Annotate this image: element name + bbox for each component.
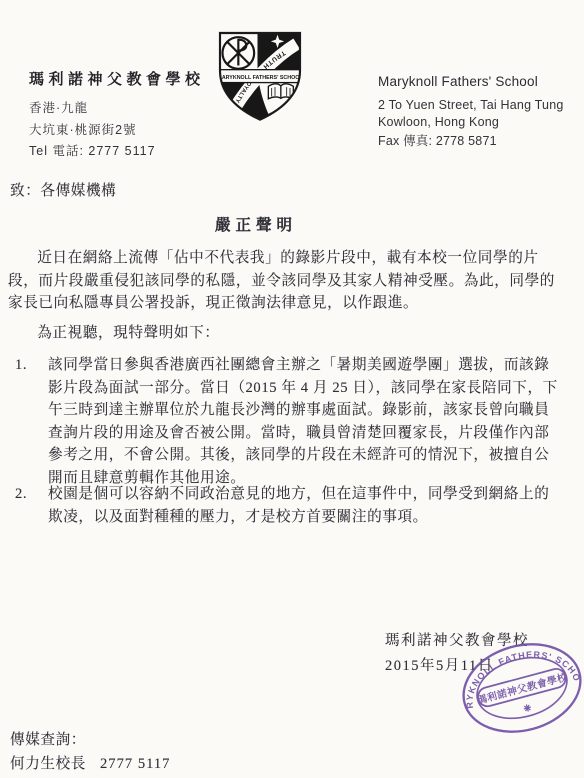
letter-title: 嚴正聲明: [0, 213, 512, 235]
declaration-lead: 為正視聽，現特聲明如下：: [8, 322, 548, 345]
chi-rho-icon: [223, 37, 255, 69]
book-icon: [268, 84, 293, 99]
crest-banner: MARYKNOLL FATHERS' SCHOOL: [217, 70, 303, 83]
point-text: 校園是個可以容納不同政治意見的地方，但在這事件中，同學受到網絡上的欺凌，以及面對…: [48, 483, 563, 528]
media-contact-line: 何力生校長2777 5117: [10, 753, 310, 777]
point-text: 該同學當日參與香港廣西社團總會主辦之「暑期美國遊學團」選拔，而該錄影片段為面試一…: [48, 354, 563, 490]
recipient-line: 致：各傳媒機構: [10, 180, 410, 203]
intro-paragraph: 近日在網絡上流傳「佔中不代表我」的錄影片段中，載有本校一位同學的片段，而片段嚴重…: [8, 247, 560, 315]
statement-point-1: 1. 該同學當日參與香港廣西社團總會主辦之「暑期美國遊學團」選拔，而該錄影片段為…: [15, 354, 563, 490]
media-contact-block: 傳媒查詢： 何力生校長2777 5117: [10, 729, 310, 776]
letter-page: 瑪利諾神父教會學校 香港·九龍 大坑東·桃源街2號 Tel 電話: 2777 5…: [0, 0, 584, 778]
crest-banner-text: MARYKNOLL FATHERS' SCHOOL: [217, 75, 303, 81]
address-zh-line1: 香港·九龍: [29, 98, 209, 116]
header-chinese-block: 瑪利諾神父教會學校 香港·九龍 大坑東·桃源街2號 Tel 電話: 2777 5…: [29, 68, 209, 163]
contact-phone: 2777 5117: [100, 756, 170, 772]
crest-svg: TRUTH LOYALTY MARYKNOLL FATHERS' SCHOOL: [210, 22, 310, 124]
address-en-line2: Kowloon, Hong Kong: [378, 115, 578, 129]
address-zh-line2: 大坑東·桃源街2號: [29, 120, 209, 138]
media-inquiry-label: 傳媒查詢：: [10, 729, 310, 753]
point-number: 1.: [15, 354, 48, 490]
header-english-block: Maryknoll Fathers' School 2 To Yuen Stre…: [378, 74, 578, 152]
stamp-star-icon: [523, 704, 532, 713]
school-crest-icon: TRUTH LOYALTY MARYKNOLL FATHERS' SCHOOL: [210, 22, 310, 124]
point-number: 2.: [15, 483, 48, 528]
contact-name: 何力生校長: [10, 756, 86, 772]
school-name-en: Maryknoll Fathers' School: [378, 74, 578, 89]
statement-point-2: 2. 校園是個可以容納不同政治意見的地方，但在這事件中，同學受到網絡上的欺凌，以…: [15, 483, 563, 528]
fax-line: Fax 傳真: 2778 5871: [378, 131, 578, 149]
school-name-zh: 瑪利諾神父教會學校: [29, 68, 209, 89]
tel-line: Tel 電話: 2777 5117: [29, 141, 209, 159]
address-en-line1: 2 To Yuen Street, Tai Hang Tung: [378, 98, 578, 112]
